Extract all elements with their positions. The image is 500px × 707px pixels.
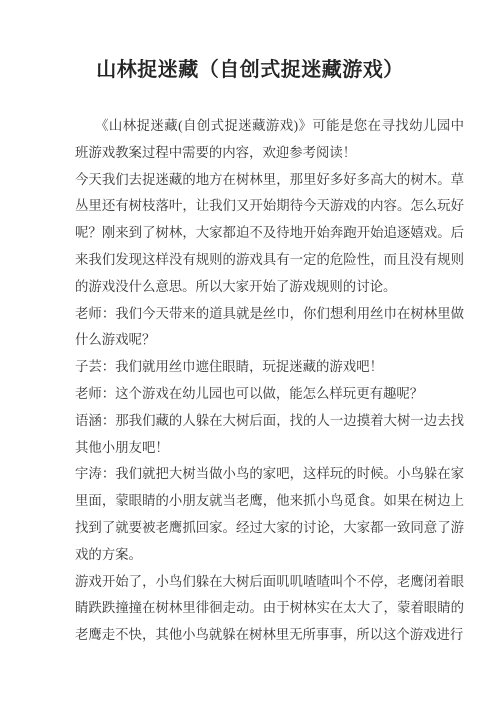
paragraph-dialogue-teacher-1: 老师：我们今天带来的道具就是丝巾，你们想利用丝巾在树林里做什么游戏呢？ <box>75 301 464 355</box>
paragraph-dialogue-yutao: 宇涛：我们就把大树当做小鸟的家吧，这样玩的时候。小鸟躲在家里面，蒙眼睛的小朋友就… <box>75 461 464 568</box>
paragraph-dialogue-teacher-2: 老师：这个游戏在幼儿园也可以做，能怎么样玩更有趣呢？ <box>75 381 464 408</box>
paragraph-scene-setup: 今天我们去捉迷藏的地方在树林里，那里好多好多高大的树木。草丛里还有树枝落叶，让我… <box>75 167 464 301</box>
paragraph-intro: 《山林捉迷藏(自创式捉迷藏游戏)》可能是您在寻找幼儿园中班游戏教案过程中需要的内… <box>75 113 464 167</box>
document-body: 《山林捉迷藏(自创式捉迷藏游戏)》可能是您在寻找幼儿园中班游戏教案过程中需要的内… <box>75 113 464 649</box>
paragraph-game-start: 游戏开始了，小鸟们躲在大树后面叽叽喳喳叫个不停，老鹰闭着眼睛跌跌撞撞在树林里徘徊… <box>75 569 464 649</box>
document-title: 山林捉迷藏（自创式捉迷藏游戏） <box>0 0 500 83</box>
document-page: 山林捉迷藏（自创式捉迷藏游戏） 《山林捉迷藏(自创式捉迷藏游戏)》可能是您在寻找… <box>0 0 500 707</box>
paragraph-dialogue-yuhan: 语涵：那我们藏的人躲在大树后面，找的人一边摸着大树一边去找其他小朋友吧！ <box>75 408 464 462</box>
paragraph-dialogue-ziyun: 子芸：我们就用丝巾遮住眼睛，玩捉迷藏的游戏吧！ <box>75 354 464 381</box>
